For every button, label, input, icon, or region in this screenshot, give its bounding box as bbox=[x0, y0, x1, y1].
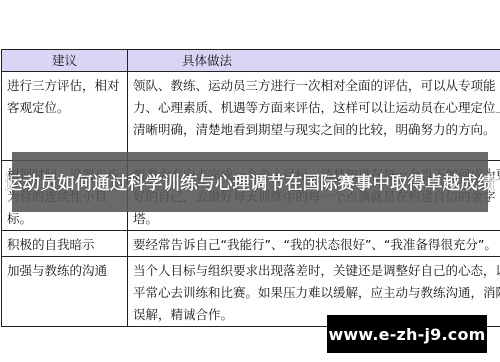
table-row: 积极的自我暗示 要经常告诉自己“我能行”、“我的状态很好”、“我准备得很充分”。 bbox=[2, 231, 500, 257]
title-overlay-banner: 运动员如何通过科学训练与心理调节在国际赛事中取得卓越成绩 bbox=[12, 152, 488, 212]
method-cell: 要经常告诉自己“我能行”、“我的状态很好”、“我准备得很充分”。 bbox=[128, 231, 500, 257]
header-method: 具体做法 bbox=[128, 50, 500, 72]
suggestion-cell: 进行三方评估，相对客观定位。 bbox=[2, 72, 128, 161]
watermark-url: www.e-zh-j9.com bbox=[328, 325, 485, 344]
header-suggestion: 建议 bbox=[2, 50, 128, 72]
method-cell: 领队、教练、运动员三方进行一次相对全面的评估，可以从专项能力、心理素质、机遇等方… bbox=[128, 72, 500, 161]
suggestion-cell: 加强与教练的沟通 bbox=[2, 257, 128, 327]
article-title: 运动员如何通过科学训练与心理调节在国际赛事中取得卓越成绩 bbox=[5, 170, 495, 195]
table-header-row: 建议 具体做法 bbox=[2, 50, 500, 72]
watermark-box: www.e-zh-j9.com bbox=[327, 315, 487, 353]
table-row: 进行三方评估，相对客观定位。 领队、教练、运动员三方进行一次相对全面的评估，可以… bbox=[2, 72, 500, 161]
suggestion-cell: 积极的自我暗示 bbox=[2, 231, 128, 257]
